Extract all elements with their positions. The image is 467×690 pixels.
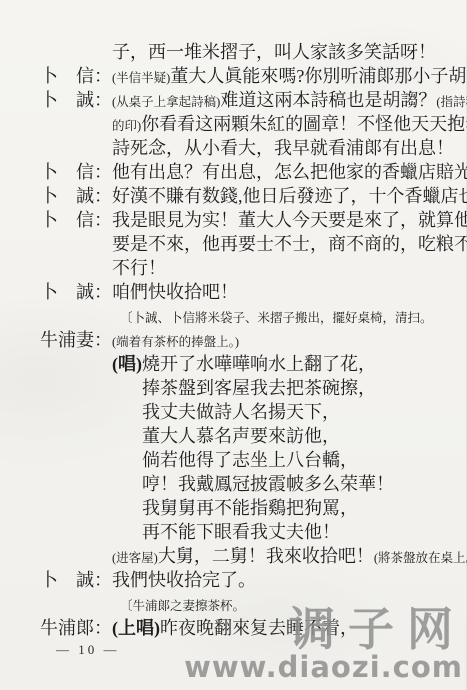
script-line: 〔卜誠、卜信將米袋子、米摺子搬出，擺好桌椅，清扫。 (40, 304, 449, 328)
line-text: 不行！ (112, 256, 166, 280)
script-line: 捧茶盤到客屋我去把茶碗擦， (40, 376, 449, 400)
line-segment: 不行！ (112, 258, 166, 278)
speaker-label: 卜 誠： (40, 88, 112, 112)
line-segment: 咱們快收拾吧！ (112, 282, 238, 302)
script-line: 的印)你看看这兩顆朱紅的圖章！不怪他天天抱着一本 (40, 112, 449, 136)
line-segment: 捧茶盤到客屋我去把茶碗擦， (142, 378, 376, 398)
script-line: 牛浦郞：(上唱)昨夜晚翻來复去睡不着， (40, 616, 449, 640)
script-line: 再不能下眼看我丈夫他！ (40, 520, 449, 544)
line-segment: 我們快收拾完了。 (112, 570, 256, 590)
line-segment: (从桌子上拿起詩稿) (112, 95, 220, 109)
script-line: 〔牛浦郞之妻擦茶杯。 (40, 592, 449, 616)
script-line: (进客屋)大舅，二舅！我來收拾吧！(將茶盤放在桌上。) (40, 544, 449, 568)
line-text: 要是不來，他再要士不士，商不商的，吃粮不管算，那可 (112, 232, 467, 256)
script-line: 要是不來，他再要士不士，商不商的，吃粮不管算，那可 (40, 232, 449, 256)
line-segment: 倘若他得了志坐上八台轎， (142, 450, 358, 470)
line-text: (端着有茶杯的捧盤上。) (112, 328, 239, 354)
script-line: 牛浦妻：(端着有茶杯的捧盤上。) (40, 328, 449, 352)
script-body: 子，西一堆米摺子，叫人家該多笑話呀！卜 信：(半信半疑)董大人眞能來嗎?你別听浦… (40, 40, 449, 640)
script-line: 卜 誠：(从桌子上拿起詩稿)难道这兩本詩稿也是胡謅？(指詩稿上 (40, 88, 449, 112)
line-segment: 要是不來，他再要士不士，商不商的，吃粮不管算，那可 (112, 234, 467, 254)
line-segment: 难道这兩本詩稿也是胡謅？ (220, 90, 436, 110)
speaker-label: 牛浦妻： (40, 328, 112, 352)
script-line: 卜 誠：咱們快收拾吧！ (40, 280, 449, 304)
line-segment: 董大人眞能來嗎?你別听浦郞那小子胡謅了！ (170, 66, 467, 86)
line-segment: (將茶盤放在桌上。) (374, 551, 467, 565)
script-line: 詩死念，从小看大，我早就看浦郞有出息！ (40, 136, 449, 160)
line-text: 我舅舅再不能指鷄把狗罵， (142, 496, 358, 520)
script-line: 卜 信：我是眼見为实！董大人今天要是來了，就算他是詩人， (40, 208, 449, 232)
line-segment: 〔牛浦郞之妻擦茶杯。 (120, 599, 245, 613)
line-text: 倘若他得了志坐上八台轎， (142, 448, 358, 472)
line-segment: 他有出息？有出息，怎么把他家的香蠟店賠光了？ (112, 162, 467, 182)
script-line: (唱)燒开了水嘩嘩响水上翻了花， (40, 352, 449, 376)
line-text: (半信半疑)董大人眞能來嗎?你別听浦郞那小子胡謅了！ (112, 64, 467, 90)
line-text: (上唱)昨夜晚翻來复去睡不着， (112, 616, 358, 640)
line-text: 捧茶盤到客屋我去把茶碗擦， (142, 376, 376, 400)
line-segment: 好漢不賺有数錢,他日后發迹了，十个香蠟店也抵不上！ (112, 186, 467, 206)
script-line: 我丈夫做詩人名揚天下， (40, 400, 449, 424)
line-text: 詩死念，从小看大，我早就看浦郞有出息！ (112, 136, 454, 160)
line-segment: 哼！我戴鳳冠披霞帔多么荣華！ (142, 474, 394, 494)
speaker-label: 卜 信： (40, 160, 112, 184)
line-segment: 子，西一堆米摺子，叫人家該多笑話呀！ (112, 42, 436, 62)
watermark-site-url: www.diaozi.com (184, 652, 463, 682)
line-segment: 我舅舅再不能指鷄把狗罵， (142, 498, 358, 518)
line-segment: 〔卜誠、卜信將米袋子、米摺子搬出，擺好桌椅，清扫。 (120, 311, 433, 325)
script-line: 卜 信：他有出息？有出息，怎么把他家的香蠟店賠光了？ (40, 160, 449, 184)
line-text: (唱)燒开了水嘩嘩响水上翻了花， (112, 352, 376, 376)
page-number: — 10 — (56, 642, 120, 658)
speaker-label: 卜 誠： (40, 280, 112, 304)
line-text: 咱們快收拾吧！ (112, 280, 238, 304)
line-segment: (上唱) (112, 618, 160, 638)
script-line: 倘若他得了志坐上八台轎， (40, 448, 449, 472)
line-segment: 的印) (112, 119, 141, 133)
line-segment: 大舅，二舅！我來收拾吧！ (158, 546, 374, 566)
line-segment: 你看看这兩顆朱紅的圖章！不怪他天天抱着一本 (141, 114, 467, 134)
script-line: 我舅舅再不能指鷄把狗罵， (40, 496, 449, 520)
line-segment: (指詩稿上 (436, 95, 467, 109)
line-segment: (进客屋) (112, 551, 158, 565)
script-line: 卜 誠：我們快收拾完了。 (40, 568, 449, 592)
speaker-label: 卜 信： (40, 64, 112, 88)
line-segment: (唱) (112, 354, 142, 374)
scanned-book-page: 子，西一堆米摺子，叫人家該多笑話呀！卜 信：(半信半疑)董大人眞能來嗎?你別听浦… (0, 0, 467, 690)
line-text: 我們快收拾完了。 (112, 568, 256, 592)
script-line: 不行！ (40, 256, 449, 280)
speaker-label: 卜 信： (40, 208, 112, 232)
line-segment: 燒开了水嘩嘩响水上翻了花， (142, 354, 376, 374)
line-segment: 昨夜晚翻來复去睡不着， (160, 618, 358, 638)
line-text: 再不能下眼看我丈夫他！ (142, 520, 340, 544)
line-segment: 詩死念，从小看大，我早就看浦郞有出息！ (112, 138, 454, 158)
line-text: 我是眼見为实！董大人今天要是來了，就算他是詩人， (112, 208, 467, 232)
script-line: 卜 誠：好漢不賺有数錢,他日后發迹了，十个香蠟店也抵不上！ (40, 184, 449, 208)
line-segment: 我丈夫做詩人名揚天下， (142, 402, 340, 422)
line-text: 〔牛浦郞之妻擦茶杯。 (120, 592, 245, 618)
line-text: 他有出息？有出息，怎么把他家的香蠟店賠光了？ (112, 160, 467, 184)
line-text: 董大人慕名声要來訪他， (142, 424, 340, 448)
script-line: 董大人慕名声要來訪他， (40, 424, 449, 448)
line-segment: 再不能下眼看我丈夫他！ (142, 522, 340, 542)
line-text: 子，西一堆米摺子，叫人家該多笑話呀！ (112, 40, 436, 64)
line-text: (进客屋)大舅，二舅！我來收拾吧！(將茶盤放在桌上。) (112, 544, 467, 570)
line-text: 我丈夫做詩人名揚天下， (142, 400, 340, 424)
line-segment: 董大人慕名声要來訪他， (142, 426, 340, 446)
speaker-label: 牛浦郞： (40, 616, 112, 640)
line-text: 的印)你看看这兩顆朱紅的圖章！不怪他天天抱着一本 (112, 112, 467, 138)
line-segment: (半信半疑) (112, 71, 170, 85)
line-segment: 我是眼見为实！董大人今天要是來了，就算他是詩人， (112, 210, 467, 230)
line-segment: (端着有茶杯的捧盤上。) (112, 335, 239, 349)
line-text: 〔卜誠、卜信將米袋子、米摺子搬出，擺好桌椅，清扫。 (120, 304, 433, 330)
line-text: 好漢不賺有数錢,他日后發迹了，十个香蠟店也抵不上！ (112, 184, 467, 208)
script-line: 子，西一堆米摺子，叫人家該多笑話呀！ (40, 40, 449, 64)
speaker-label: 卜 誠： (40, 184, 112, 208)
speaker-label: 卜 誠： (40, 568, 112, 592)
line-text: 哼！我戴鳳冠披霞帔多么荣華！ (142, 472, 394, 496)
script-line: 哼！我戴鳳冠披霞帔多么荣華！ (40, 472, 449, 496)
line-text: (从桌子上拿起詩稿)难道这兩本詩稿也是胡謅？(指詩稿上 (112, 88, 467, 114)
script-line: 卜 信：(半信半疑)董大人眞能來嗎?你別听浦郞那小子胡謅了！ (40, 64, 449, 88)
